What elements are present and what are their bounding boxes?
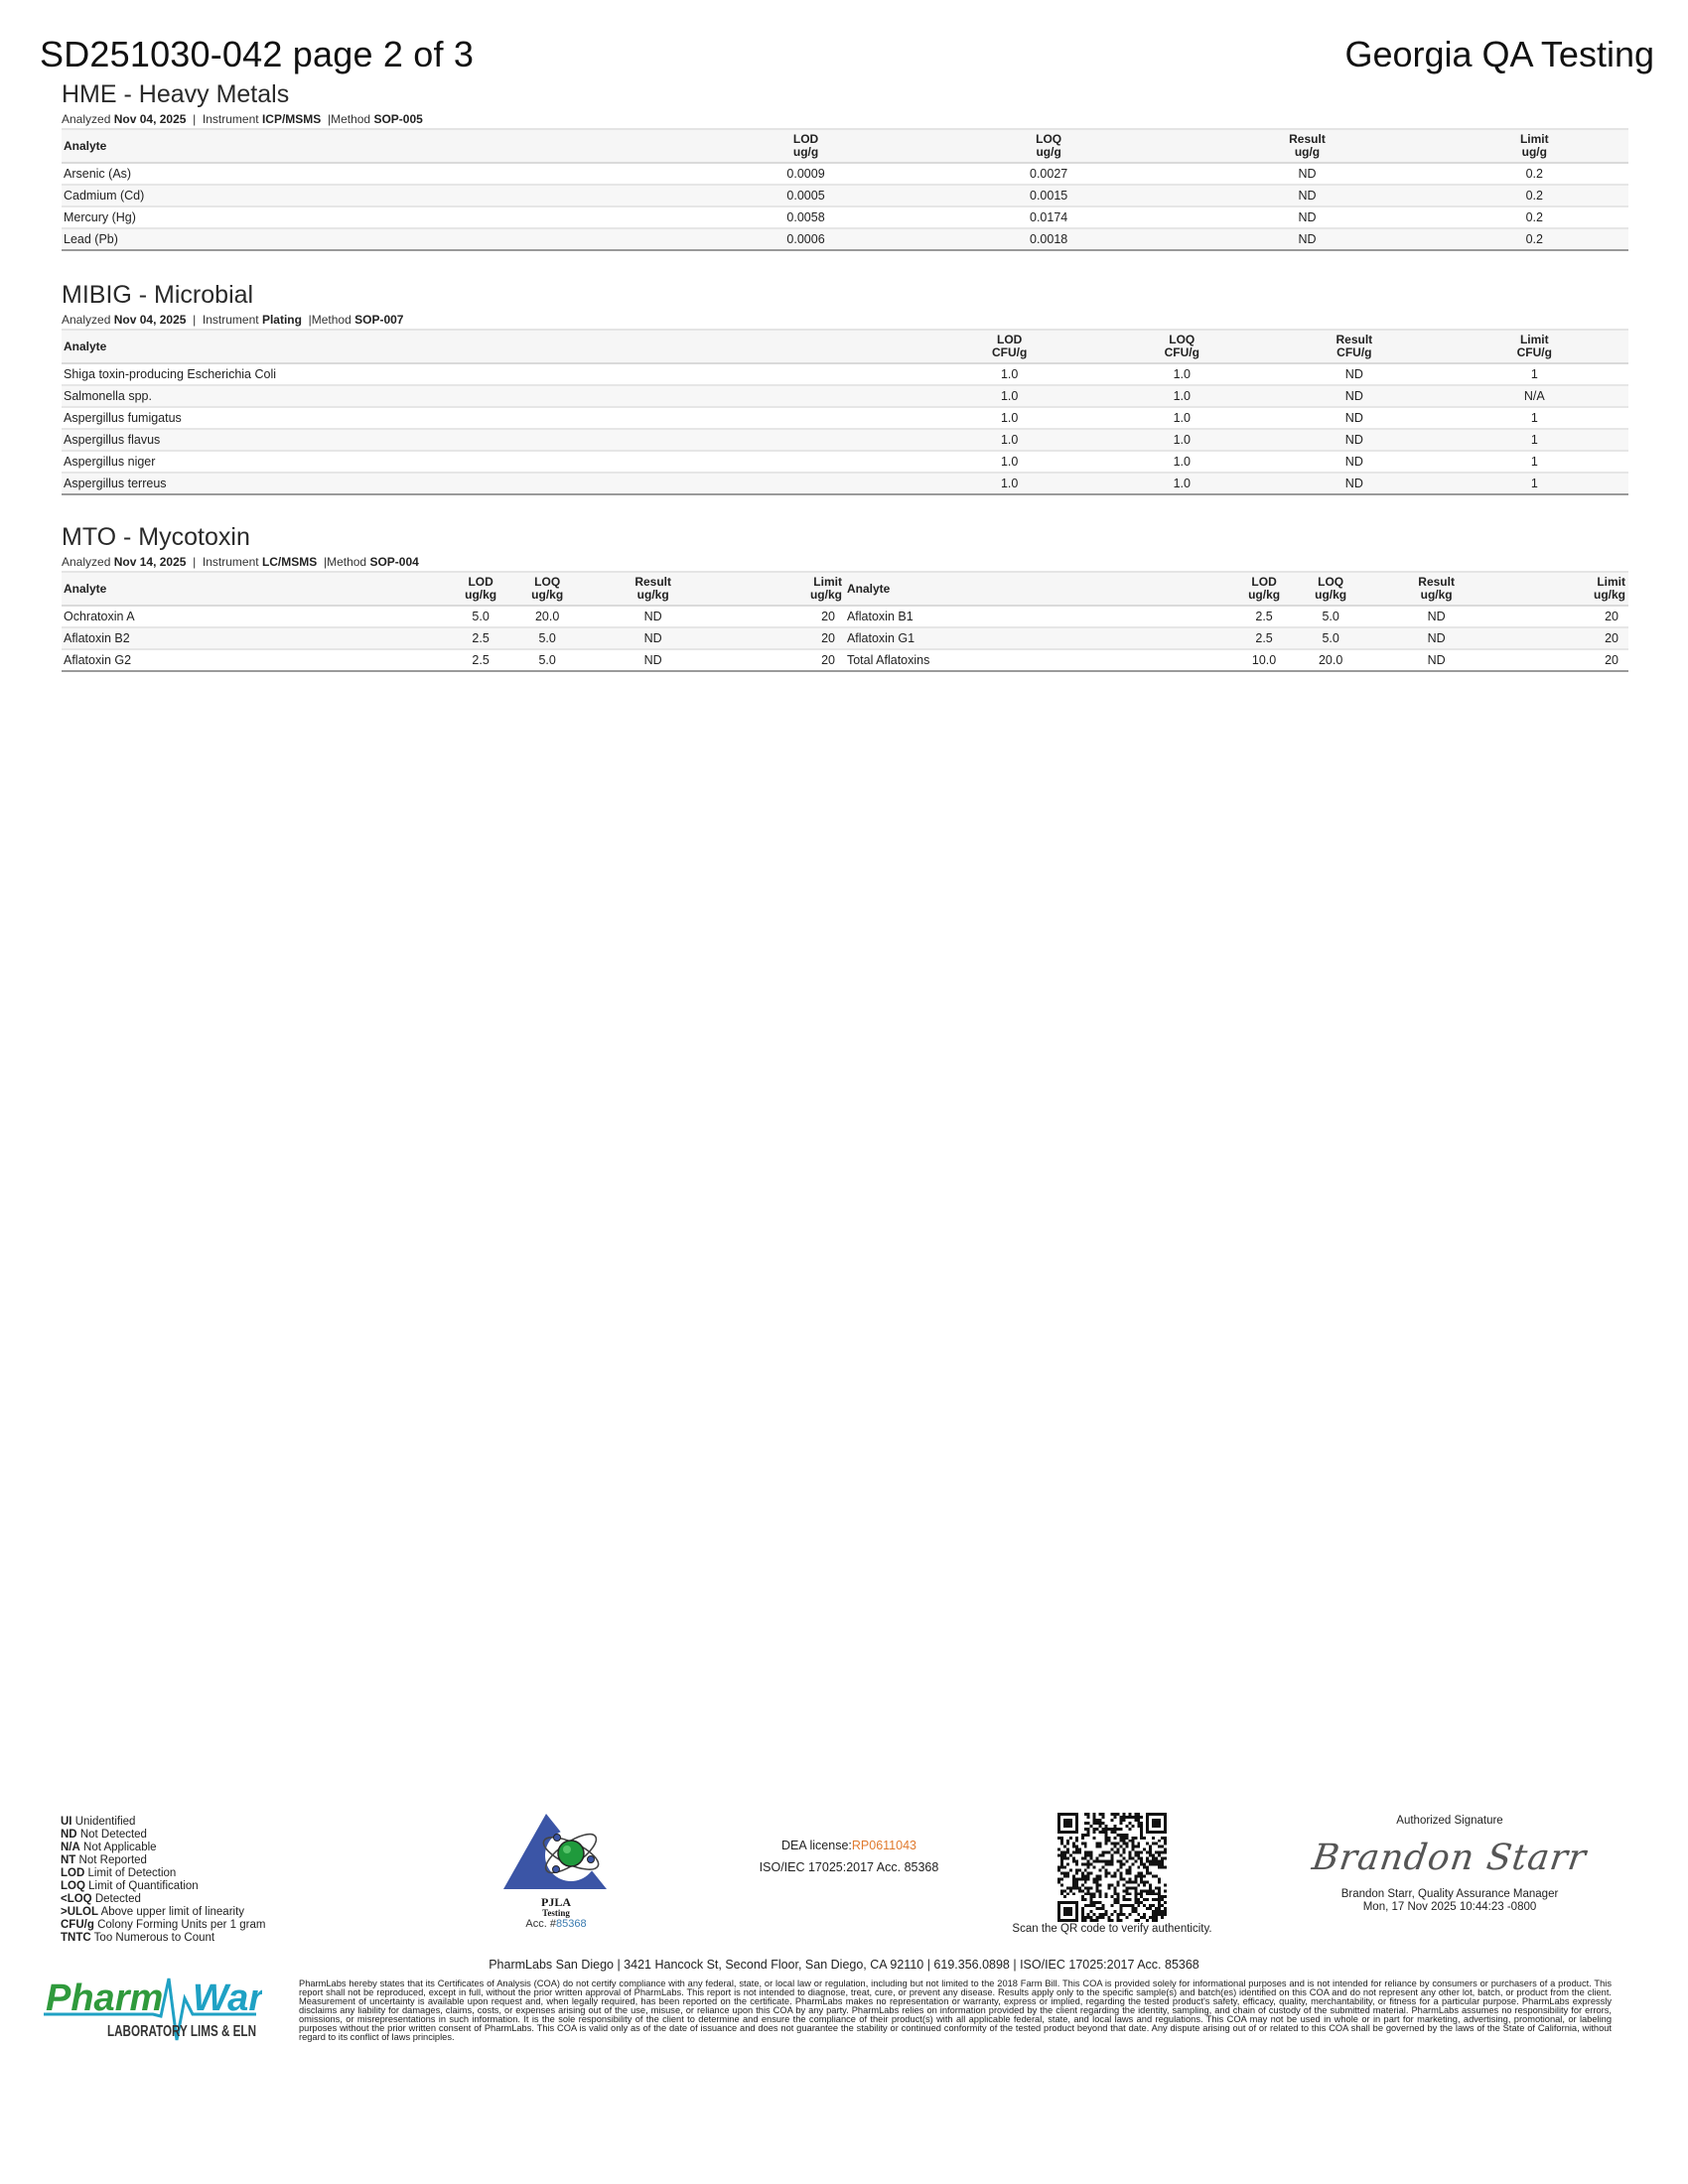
legend-text: Colony Forming Units per 1 gram: [97, 1919, 265, 1931]
cell-result: ND: [1268, 385, 1441, 407]
cell-analyte: Aflatoxin G2: [62, 649, 446, 671]
cell-limit: 20: [1511, 649, 1628, 671]
analyzed-date: Nov 14, 2025: [114, 555, 187, 569]
section-microbial: MIBIG - Microbial Analyzed Nov 04, 2025 …: [62, 280, 1628, 495]
cell-limit: 1: [1441, 451, 1628, 473]
column-header: LODug/g: [688, 129, 923, 163]
signed-timestamp: Mon, 17 Nov 2025 10:44:23 -0800: [1291, 1901, 1609, 1914]
cell-loq: 0.0015: [923, 185, 1174, 206]
cell-lod: 0.0005: [688, 185, 923, 206]
cell-lod: 1.0: [923, 407, 1096, 429]
table-row: Ochratoxin A5.020.0ND20Aflatoxin B12.55.…: [62, 606, 1628, 627]
table-row: Aspergillus niger1.01.0ND1: [62, 451, 1628, 473]
cell-analyte: Aspergillus niger: [62, 451, 923, 473]
heavy-metals-table: AnalyteLODug/gLOQug/gResultug/gLimitug/g…: [62, 128, 1628, 251]
legend-item: LOD Limit of Detection: [61, 1867, 265, 1880]
column-unit: ug/kg: [1365, 589, 1508, 602]
cell-loq: 1.0: [1095, 363, 1268, 385]
client-lab-name: Georgia QA Testing: [1344, 34, 1654, 75]
cell-result: ND: [1174, 206, 1440, 228]
cell-lod: 1.0: [923, 429, 1096, 451]
cell-limit: N/A: [1441, 385, 1628, 407]
cell-analyte: Aflatoxin B1: [845, 606, 1229, 627]
method-value: SOP-007: [354, 313, 403, 327]
cell-lod: 2.5: [446, 649, 516, 671]
method-value: SOP-005: [373, 112, 422, 126]
legend-abbr: CFU/g: [61, 1919, 94, 1931]
cell-limit: 0.2: [1441, 228, 1628, 250]
legend-item: >ULOL Above upper limit of linearity: [61, 1906, 265, 1919]
cell-lod: 1.0: [923, 385, 1096, 407]
analysis-meta: Analyzed Nov 04, 2025 | Instrument ICP/M…: [62, 111, 1628, 127]
column-header: LOQug/kg: [516, 572, 579, 606]
cell-lod: 2.5: [446, 627, 516, 649]
table-row: Aspergillus flavus1.01.0ND1: [62, 429, 1628, 451]
cell-limit: 20: [728, 649, 845, 671]
column-unit: ug/kg: [731, 589, 842, 602]
legend-abbr: UI: [61, 1816, 72, 1828]
legend-abbr: ND: [61, 1829, 77, 1841]
cell-result: ND: [1268, 429, 1441, 451]
cell-analyte: Mercury (Hg): [62, 206, 688, 228]
analysis-meta: Analyzed Nov 14, 2025 | Instrument LC/MS…: [62, 554, 1628, 570]
column-header: LOQCFU/g: [1095, 330, 1268, 363]
acc-number: 85368: [556, 1918, 587, 1930]
cell-result: ND: [1268, 407, 1441, 429]
cell-lod: 1.0: [923, 363, 1096, 385]
dea-label: DEA license:: [781, 1839, 852, 1852]
column-header: Analyte: [62, 129, 688, 163]
column-header: LimitCFU/g: [1441, 330, 1628, 363]
acc-label: Acc. #: [525, 1918, 556, 1930]
cell-limit: 1: [1441, 473, 1628, 494]
legend-abbr: TNTC: [61, 1932, 91, 1944]
section-heavy-metals: HME - Heavy Metals Analyzed Nov 04, 2025…: [62, 79, 1628, 251]
cell-limit: 1: [1441, 407, 1628, 429]
legal-disclaimer: PharmLabs hereby states that its Certifi…: [299, 1979, 1612, 2042]
cell-result: ND: [1174, 228, 1440, 250]
cell-result: ND: [1362, 627, 1511, 649]
cell-limit: 0.2: [1441, 185, 1628, 206]
column-header: ResultCFU/g: [1268, 330, 1441, 363]
column-name: Analyte: [847, 583, 1226, 596]
iso-accreditation: ISO/IEC 17025:2017 Acc. 85368: [695, 1856, 1003, 1878]
legend-text: Detected: [95, 1893, 141, 1905]
column-unit: ug/kg: [582, 589, 725, 602]
analysis-meta: Analyzed Nov 04, 2025 | Instrument Plati…: [62, 312, 1628, 328]
qr-caption: Scan the QR code to verify authenticity.: [998, 1923, 1226, 1935]
cell-result: ND: [1174, 163, 1440, 185]
instrument-value: ICP/MSMS: [262, 112, 321, 126]
cell-lod: 0.0009: [688, 163, 923, 185]
pharmware-logo-icon: Pharm Ware LABORATORY LIMS & ELN: [44, 1971, 262, 2050]
column-name: Analyte: [64, 140, 685, 153]
column-unit: ug/kg: [519, 589, 576, 602]
abbreviation-legend: UI UnidentifiedND Not DetectedN/A Not Ap…: [61, 1816, 265, 1945]
cell-analyte: Aflatoxin B2: [62, 627, 446, 649]
table-row: Aspergillus terreus1.01.0ND1: [62, 473, 1628, 494]
column-unit: CFU/g: [1444, 346, 1625, 359]
table-row: Arsenic (As)0.00090.0027ND0.2: [62, 163, 1628, 185]
method-label: Method: [331, 112, 370, 126]
legend-text: Above upper limit of linearity: [101, 1906, 244, 1918]
cell-result: ND: [579, 606, 728, 627]
column-unit: ug/kg: [1232, 589, 1297, 602]
cell-lod: 2.5: [1229, 627, 1300, 649]
legend-abbr: LOQ: [61, 1880, 85, 1892]
pjla-logo-icon: [501, 1812, 611, 1893]
legend-item: <LOQ Detected: [61, 1893, 265, 1906]
analyzed-date: Nov 04, 2025: [114, 112, 187, 126]
mycotoxin-table: AnalyteLODug/kgLOQug/kgResultug/kgLimitu…: [62, 571, 1628, 672]
column-header: Resultug/g: [1174, 129, 1440, 163]
column-header: LOQug/kg: [1300, 572, 1362, 606]
legend-text: Not Detected: [80, 1829, 147, 1841]
instrument-value: Plating: [262, 313, 302, 327]
legend-abbr: NT: [61, 1854, 75, 1866]
column-header: Analyte: [62, 330, 923, 363]
cell-analyte: Cadmium (Cd): [62, 185, 688, 206]
column-header: Limitug/kg: [728, 572, 845, 606]
analyzed-label: Analyzed: [62, 313, 110, 327]
method-label: Method: [312, 313, 352, 327]
cell-analyte: Aspergillus flavus: [62, 429, 923, 451]
instrument-label: Instrument: [203, 313, 259, 327]
cell-limit: 0.2: [1441, 206, 1628, 228]
cell-loq: 1.0: [1095, 407, 1268, 429]
legend-abbr: <LOQ: [61, 1893, 92, 1905]
microbial-table: AnalyteLODCFU/gLOQCFU/gResultCFU/gLimitC…: [62, 329, 1628, 495]
legend-text: Unidentified: [75, 1816, 136, 1828]
cell-limit: 20: [728, 606, 845, 627]
cell-lod: 5.0: [446, 606, 516, 627]
legend-abbr: LOD: [61, 1867, 84, 1879]
cell-analyte: Shiga toxin-producing Escherichia Coli: [62, 363, 923, 385]
legend-item: N/A Not Applicable: [61, 1842, 265, 1854]
column-unit: ug/g: [1177, 146, 1437, 159]
cell-analyte: Aspergillus fumigatus: [62, 407, 923, 429]
instrument-value: LC/MSMS: [262, 555, 317, 569]
method-label: Method: [327, 555, 366, 569]
table-row: Shiga toxin-producing Escherichia Coli1.…: [62, 363, 1628, 385]
pjla-sub: Testing: [496, 1908, 616, 1918]
legend-abbr: N/A: [61, 1842, 80, 1853]
cell-loq: 0.0018: [923, 228, 1174, 250]
method-value: SOP-004: [369, 555, 418, 569]
column-header: LODug/kg: [1229, 572, 1300, 606]
cell-limit: 20: [728, 627, 845, 649]
column-header: LOQug/g: [923, 129, 1174, 163]
legend-item: CFU/g Colony Forming Units per 1 gram: [61, 1919, 265, 1932]
cell-loq: 0.0174: [923, 206, 1174, 228]
authorized-signature-block: Authorized Signature Brandon Starr Brand…: [1291, 1815, 1609, 1914]
cell-analyte: Salmonella spp.: [62, 385, 923, 407]
legend-text: Not Applicable: [83, 1842, 157, 1853]
cell-limit: 20: [1511, 606, 1628, 627]
column-unit: ug/g: [1444, 146, 1625, 159]
legend-text: Not Reported: [79, 1854, 147, 1866]
legend-item: LOQ Limit of Quantification: [61, 1880, 265, 1893]
cell-limit: 20: [1511, 627, 1628, 649]
cell-loq: 1.0: [1095, 473, 1268, 494]
svg-text:LABORATORY LIMS & ELN: LABORATORY LIMS & ELN: [107, 2023, 256, 2040]
section-mycotoxin: MTO - Mycotoxin Analyzed Nov 14, 2025 | …: [62, 522, 1628, 672]
column-header: Limitug/kg: [1511, 572, 1628, 606]
cell-loq: 20.0: [1300, 649, 1362, 671]
column-name: Analyte: [64, 583, 443, 596]
column-unit: CFU/g: [926, 346, 1093, 359]
signature-title: Authorized Signature: [1291, 1815, 1609, 1827]
column-header: LODug/kg: [446, 572, 516, 606]
column-name: Analyte: [64, 341, 920, 353]
column-header: Resultug/kg: [579, 572, 728, 606]
cell-lod: 0.0006: [688, 228, 923, 250]
legend-item: ND Not Detected: [61, 1829, 265, 1842]
verification-qr[interactable]: Scan the QR code to verify authenticity.: [998, 1813, 1226, 1935]
license-info: DEA license:RP0611043 ISO/IEC 17025:2017…: [695, 1835, 1003, 1878]
analyzed-label: Analyzed: [62, 555, 110, 569]
dea-license: DEA license:RP0611043: [695, 1835, 1003, 1856]
section-title: MTO - Mycotoxin: [62, 522, 1628, 552]
column-header: Resultug/kg: [1362, 572, 1511, 606]
cell-loq: 5.0: [1300, 606, 1362, 627]
cell-analyte: Lead (Pb): [62, 228, 688, 250]
cell-limit: 1: [1441, 363, 1628, 385]
cell-lod: 2.5: [1229, 606, 1300, 627]
legend-text: Too Numerous to Count: [94, 1932, 214, 1944]
column-unit: CFU/g: [1098, 346, 1265, 359]
column-unit: ug/kg: [1514, 589, 1625, 602]
svg-text:Ware: Ware: [193, 1978, 262, 2019]
cell-result: ND: [1268, 363, 1441, 385]
cell-lod: 1.0: [923, 473, 1096, 494]
legend-item: UI Unidentified: [61, 1816, 265, 1829]
legend-text: Limit of Quantification: [88, 1880, 199, 1892]
pjla-accreditation-number: Acc. #85368: [496, 1918, 616, 1930]
column-unit: CFU/g: [1271, 346, 1438, 359]
qr-code-icon[interactable]: [1057, 1813, 1167, 1922]
cell-loq: 20.0: [516, 606, 579, 627]
pjla-accreditation-badge: PJLA Testing Acc. #85368: [496, 1812, 616, 1930]
cell-loq: 1.0: [1095, 451, 1268, 473]
cell-result: ND: [1268, 451, 1441, 473]
cell-result: ND: [579, 649, 728, 671]
table-row: Aflatoxin B22.55.0ND20Aflatoxin G12.55.0…: [62, 627, 1628, 649]
cell-result: ND: [1362, 606, 1511, 627]
cell-result: ND: [1268, 473, 1441, 494]
instrument-label: Instrument: [203, 555, 259, 569]
handwritten-signature: Brandon Starr: [1287, 1827, 1613, 1884]
cell-loq: 5.0: [516, 649, 579, 671]
table-row: Aspergillus fumigatus1.01.0ND1: [62, 407, 1628, 429]
lab-address: PharmLabs San Diego | 3421 Hancock St, S…: [0, 1958, 1688, 1972]
legend-abbr: >ULOL: [61, 1906, 98, 1918]
cell-lod: 0.0058: [688, 206, 923, 228]
cell-lod: 10.0: [1229, 649, 1300, 671]
cell-loq: 1.0: [1095, 429, 1268, 451]
table-row: Mercury (Hg)0.00580.0174ND0.2: [62, 206, 1628, 228]
analyzed-date: Nov 04, 2025: [114, 313, 187, 327]
cell-result: ND: [579, 627, 728, 649]
cell-loq: 1.0: [1095, 385, 1268, 407]
cell-limit: 0.2: [1441, 163, 1628, 185]
column-unit: ug/g: [691, 146, 920, 159]
cell-analyte: Total Aflatoxins: [845, 649, 1229, 671]
cell-analyte: Aspergillus terreus: [62, 473, 923, 494]
cell-analyte: Ochratoxin A: [62, 606, 446, 627]
instrument-label: Instrument: [203, 112, 259, 126]
column-unit: ug/g: [926, 146, 1171, 159]
cell-loq: 5.0: [516, 627, 579, 649]
section-title: HME - Heavy Metals: [62, 79, 1628, 109]
cell-result: ND: [1362, 649, 1511, 671]
dea-number: RP0611043: [852, 1839, 916, 1852]
table-row: Salmonella spp.1.01.0NDN/A: [62, 385, 1628, 407]
column-header: Limitug/g: [1441, 129, 1628, 163]
legend-item: TNTC Too Numerous to Count: [61, 1932, 265, 1945]
pjla-name: PJLA: [496, 1896, 616, 1908]
pharmware-logo: Pharm Ware LABORATORY LIMS & ELN: [44, 1971, 262, 2055]
cell-analyte: Aflatoxin G1: [845, 627, 1229, 649]
legend-text: Limit of Detection: [87, 1867, 176, 1879]
cell-limit: 1: [1441, 429, 1628, 451]
table-row: Lead (Pb)0.00060.0018ND0.2: [62, 228, 1628, 250]
cell-analyte: Arsenic (As): [62, 163, 688, 185]
cell-loq: 5.0: [1300, 627, 1362, 649]
report-page-title: SD251030-042 page 2 of 3: [40, 34, 474, 75]
column-unit: ug/kg: [1303, 589, 1359, 602]
table-row: Aflatoxin G22.55.0ND20Total Aflatoxins10…: [62, 649, 1628, 671]
cell-result: ND: [1174, 185, 1440, 206]
column-header: LODCFU/g: [923, 330, 1096, 363]
analyzed-label: Analyzed: [62, 112, 110, 126]
section-title: MIBIG - Microbial: [62, 280, 1628, 310]
column-header: Analyte: [845, 572, 1229, 606]
table-row: Cadmium (Cd)0.00050.0015ND0.2: [62, 185, 1628, 206]
legend-item: NT Not Reported: [61, 1854, 265, 1867]
column-unit: ug/kg: [449, 589, 513, 602]
cell-loq: 0.0027: [923, 163, 1174, 185]
signer-name: Brandon Starr, Quality Assurance Manager: [1291, 1888, 1609, 1901]
column-header: Analyte: [62, 572, 446, 606]
cell-lod: 1.0: [923, 451, 1096, 473]
